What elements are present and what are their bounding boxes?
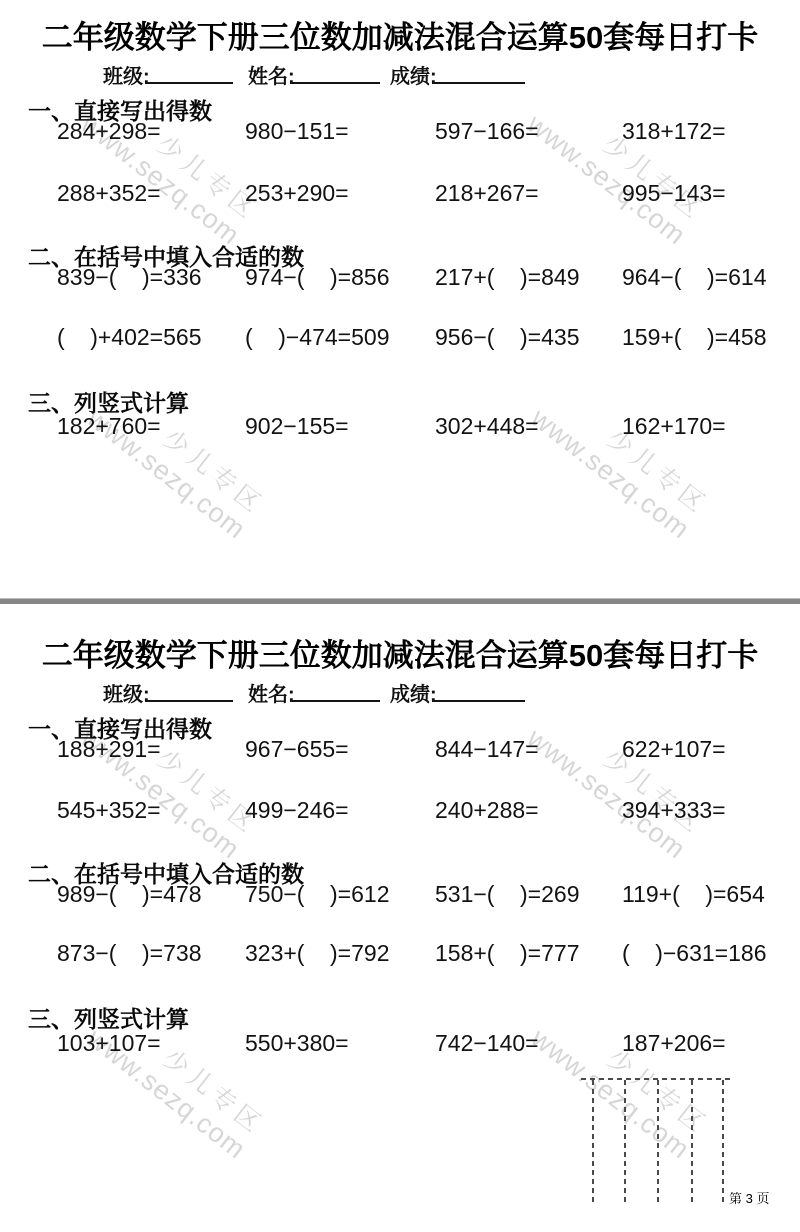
problem-row: 873−( )=738 323+( )=792 158+( )=777 ( )−… bbox=[0, 940, 800, 968]
watermark: 少儿专区 www.sezq.com bbox=[521, 700, 709, 865]
problem-row: 839−( )=336 974−( )=856 217+( )=849 964−… bbox=[0, 264, 800, 292]
score-field-label: 成绩: bbox=[390, 678, 437, 707]
math-problem: 188+291= bbox=[57, 736, 161, 763]
math-problem: ( )−631=186 bbox=[622, 940, 767, 967]
math-problem: 964−( )=614 bbox=[622, 264, 767, 291]
score-field-label: 成绩: bbox=[390, 60, 437, 89]
name-blank-line bbox=[290, 62, 380, 84]
page-divider bbox=[0, 598, 800, 604]
math-problem: 217+( )=849 bbox=[435, 264, 580, 291]
class-blank-line bbox=[145, 680, 233, 702]
problem-row: 545+352= 499−246= 240+288= 394+333= bbox=[0, 797, 800, 825]
problem-row: 989−( )=478 750−( )=612 531−( )=269 119+… bbox=[0, 881, 800, 909]
math-problem: 318+172= bbox=[622, 118, 726, 145]
math-problem: 844−147= bbox=[435, 736, 539, 763]
math-problem: 302+448= bbox=[435, 413, 539, 440]
class-field-label: 班级: bbox=[103, 678, 150, 707]
problem-row: 188+291= 967−655= 844−147= 622+107= bbox=[0, 736, 800, 764]
math-problem: 162+170= bbox=[622, 413, 726, 440]
name-field-label: 姓名: bbox=[248, 678, 295, 707]
math-problem: 288+352= bbox=[57, 180, 161, 207]
grid-dashed-vline bbox=[624, 1080, 626, 1202]
math-problem: 187+206= bbox=[622, 1030, 726, 1057]
math-problem: 974−( )=856 bbox=[245, 264, 390, 291]
math-problem: 750−( )=612 bbox=[245, 881, 390, 908]
math-problem: 742−140= bbox=[435, 1030, 539, 1057]
problem-row: ( )+402=565 ( )−474=509 956−( )=435 159+… bbox=[0, 324, 800, 352]
math-problem: 499−246= bbox=[245, 797, 349, 824]
math-problem: 159+( )=458 bbox=[622, 324, 767, 351]
math-problem: 967−655= bbox=[245, 736, 349, 763]
problem-row: 182+760= 902−155= 302+448= 162+170= bbox=[0, 413, 800, 441]
class-blank-line bbox=[145, 62, 233, 84]
math-problem: 622+107= bbox=[622, 736, 726, 763]
math-problem: 158+( )=777 bbox=[435, 940, 580, 967]
page-title: 二年级数学下册三位数加减法混合运算50套每日打卡 bbox=[0, 630, 800, 675]
class-field-label: 班级: bbox=[103, 60, 150, 89]
math-problem: 531−( )=269 bbox=[435, 881, 580, 908]
math-problem: 545+352= bbox=[57, 797, 161, 824]
math-problem: 182+760= bbox=[57, 413, 161, 440]
grid-dashed-vline bbox=[722, 1080, 724, 1202]
problem-row: 284+298= 980−151= 597−166= 318+172= bbox=[0, 118, 800, 146]
page-number: 第 3 页 bbox=[729, 1188, 769, 1207]
math-problem: 980−151= bbox=[245, 118, 349, 145]
math-problem: 873−( )=738 bbox=[57, 940, 202, 967]
form-row: 班级: 姓名: 成绩: bbox=[0, 60, 800, 86]
math-problem: ( )+402=565 bbox=[57, 324, 202, 351]
math-problem: 956−( )=435 bbox=[435, 324, 580, 351]
page-title: 二年级数学下册三位数加减法混合运算50套每日打卡 bbox=[0, 12, 800, 57]
math-problem: 550+380= bbox=[245, 1030, 349, 1057]
problem-row: 288+352= 253+290= 218+267= 995−143= bbox=[0, 180, 800, 208]
math-problem: 323+( )=792 bbox=[245, 940, 390, 967]
math-problem: 218+267= bbox=[435, 180, 539, 207]
math-problem: 989−( )=478 bbox=[57, 881, 202, 908]
grid-dashed-vline bbox=[657, 1080, 659, 1202]
math-problem: 839−( )=336 bbox=[57, 264, 202, 291]
score-blank-line bbox=[432, 680, 525, 702]
score-blank-line bbox=[432, 62, 525, 84]
form-row: 班级: 姓名: 成绩: bbox=[0, 678, 800, 704]
math-problem: 902−155= bbox=[245, 413, 349, 440]
name-blank-line bbox=[290, 680, 380, 702]
math-problem: ( )−474=509 bbox=[245, 324, 390, 351]
math-problem: 394+333= bbox=[622, 797, 726, 824]
watermark: 少儿专区 www.sezq.com bbox=[525, 380, 713, 545]
name-field-label: 姓名: bbox=[248, 60, 295, 89]
grid-dashed-vline bbox=[592, 1080, 594, 1202]
math-problem: 253+290= bbox=[245, 180, 349, 207]
math-problem: 284+298= bbox=[57, 118, 161, 145]
worksheet-document: 少儿专区 www.sezq.com 少儿专区 www.sezq.com 少儿专区… bbox=[0, 0, 800, 1232]
watermark: 少儿专区 www.sezq.com bbox=[521, 86, 709, 251]
math-problem: 995−143= bbox=[622, 180, 726, 207]
math-problem: 240+288= bbox=[435, 797, 539, 824]
watermark: 少儿专区 www.sezq.com bbox=[525, 1000, 713, 1165]
grid-dashed-vline bbox=[691, 1080, 693, 1202]
problem-row: 103+107= 550+380= 742−140= 187+206= bbox=[0, 1030, 800, 1058]
math-problem: 597−166= bbox=[435, 118, 539, 145]
math-problem: 119+( )=654 bbox=[622, 881, 765, 908]
math-problem: 103+107= bbox=[57, 1030, 161, 1057]
